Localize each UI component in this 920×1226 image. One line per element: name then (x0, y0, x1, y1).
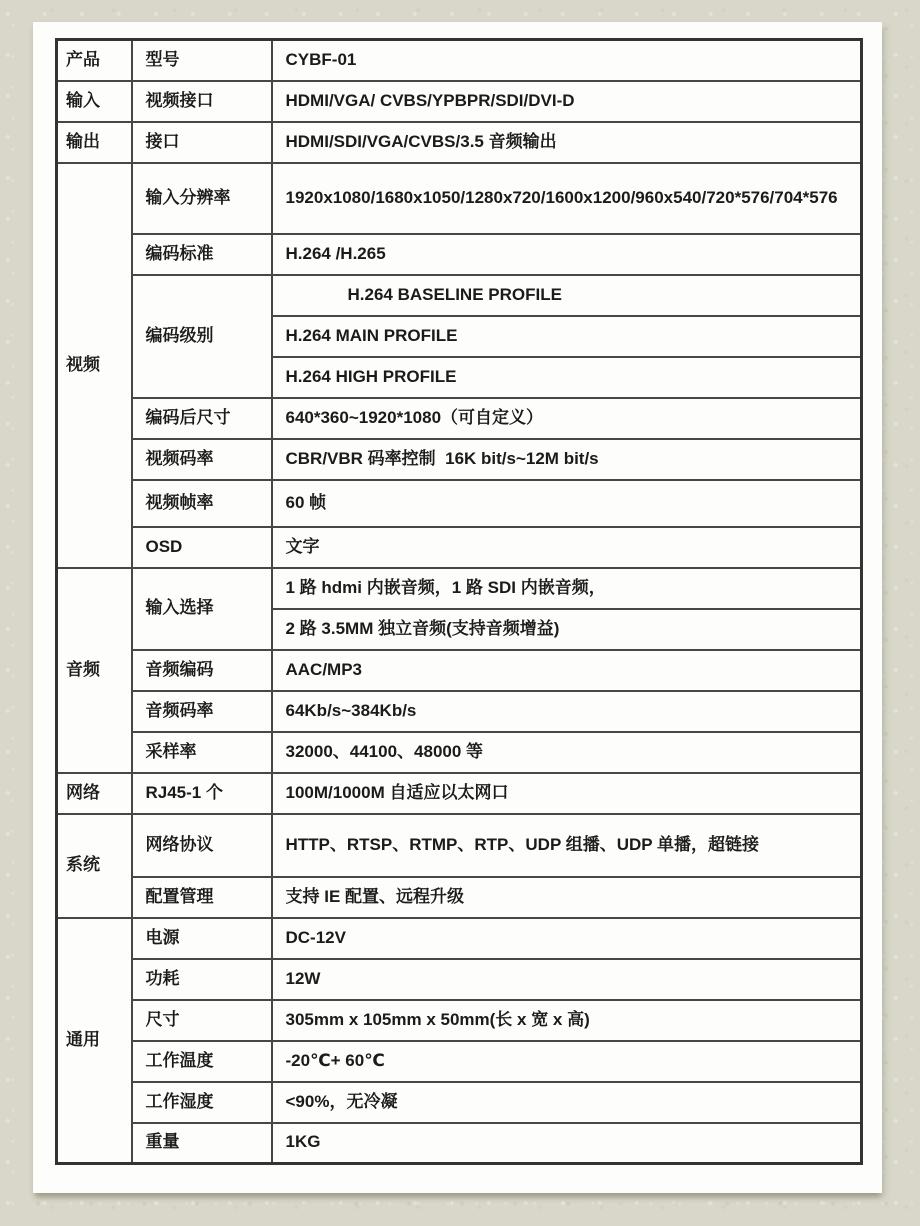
table-row: 编码级别 H.264 BASELINE PROFILE (57, 275, 862, 316)
table-row: 通用 电源 DC-12V (57, 918, 862, 959)
spec-label-video-interface: 视频接口 (132, 81, 272, 122)
spec-value-video-interface: HDMI/VGA/ CVBS/YPBPR/SDI/DVI-D (272, 81, 862, 122)
category-cell-input: 输入 (57, 81, 132, 122)
table-row: OSD 文字 (57, 527, 862, 568)
spec-value-network-protocol: HTTP、RTSP、RTMP、RTP、UDP 组播、UDP 单播，超链接 (272, 814, 862, 877)
category-cell-output: 输出 (57, 122, 132, 163)
table-row: 尺寸 305mm x 105mm x 50mm(长 x 宽 x 高) (57, 1000, 862, 1041)
spec-value-input-select-1: 1 路 hdmi 内嵌音频，1 路 SDI 内嵌音频， (272, 568, 862, 609)
spec-label-input-select: 输入选择 (132, 568, 272, 650)
table-row: 音频码率 64Kb/s~384Kb/s (57, 691, 862, 732)
paper-sheet: 产品 型号 CYBF-01 输入 视频接口 HDMI/VGA/ CVBS/YPB… (33, 22, 882, 1193)
spec-value-working-humidity: <90%，无冷凝 (272, 1082, 862, 1123)
spec-value-power-consumption: 12W (272, 959, 862, 1000)
category-cell-network: 网络 (57, 773, 132, 814)
spec-label-input-resolution: 输入分辨率 (132, 163, 272, 234)
spec-value-working-temperature: -20℃+ 60℃ (272, 1041, 862, 1082)
category-cell-product: 产品 (57, 40, 132, 81)
spec-value-video-framerate: 60 帧 (272, 480, 862, 527)
table-row: 功耗 12W (57, 959, 862, 1000)
table-row: 产品 型号 CYBF-01 (57, 40, 862, 81)
spec-value-encoded-size: 640*360~1920*1080（可自定义） (272, 398, 862, 439)
table-row: 编码后尺寸 640*360~1920*1080（可自定义） (57, 398, 862, 439)
spec-label-osd: OSD (132, 527, 272, 568)
table-row: 工作温度 -20℃+ 60℃ (57, 1041, 862, 1082)
table-row: 系统 网络协议 HTTP、RTSP、RTMP、RTP、UDP 组播、UDP 单播… (57, 814, 862, 877)
spec-value-input-resolution: 1920x1080/1680x1050/1280x720/1600x1200/9… (272, 163, 862, 234)
spec-value-model: CYBF-01 (272, 40, 862, 81)
category-cell-video: 视频 (57, 163, 132, 568)
spec-label-model: 型号 (132, 40, 272, 81)
spec-label-rj45: RJ45-1 个 (132, 773, 272, 814)
spec-label-network-protocol: 网络协议 (132, 814, 272, 877)
spec-value-ethernet-port: 100M/1000M 自适应以太网口 (272, 773, 862, 814)
spec-value-video-bitrate: CBR/VBR 码率控制 16K bit/s~12M bit/s (272, 439, 862, 480)
spec-label-power: 电源 (132, 918, 272, 959)
spec-value-config-management: 支持 IE 配置、远程升级 (272, 877, 862, 918)
spec-value-dimensions: 305mm x 105mm x 50mm(长 x 宽 x 高) (272, 1000, 862, 1041)
spec-value-high-profile: H.264 HIGH PROFILE (272, 357, 862, 398)
spec-table: 产品 型号 CYBF-01 输入 视频接口 HDMI/VGA/ CVBS/YPB… (55, 38, 863, 1165)
spec-value-audio-encoding: AAC/MP3 (272, 650, 862, 691)
spec-value-audio-bitrate: 64Kb/s~384Kb/s (272, 691, 862, 732)
table-row: 采样率 32000、44100、48000 等 (57, 732, 862, 773)
spec-value-baseline-profile: H.264 BASELINE PROFILE (272, 275, 862, 316)
spec-label-working-humidity: 工作湿度 (132, 1082, 272, 1123)
spec-label-working-temperature: 工作温度 (132, 1041, 272, 1082)
spec-label-power-consumption: 功耗 (132, 959, 272, 1000)
spec-label-encoded-size: 编码后尺寸 (132, 398, 272, 439)
spec-label-audio-bitrate: 音频码率 (132, 691, 272, 732)
spec-value-input-select-2: 2 路 3.5MM 独立音频(支持音频增益) (272, 609, 862, 650)
table-row: 网络 RJ45-1 个 100M/1000M 自适应以太网口 (57, 773, 862, 814)
table-row: 视频 输入分辨率 1920x1080/1680x1050/1280x720/16… (57, 163, 862, 234)
spec-value-osd: 文字 (272, 527, 862, 568)
spec-label-audio-encoding: 音频编码 (132, 650, 272, 691)
spec-label-weight: 重量 (132, 1123, 272, 1164)
spec-label-config-management: 配置管理 (132, 877, 272, 918)
table-row: 音频编码 AAC/MP3 (57, 650, 862, 691)
spec-label-dimensions: 尺寸 (132, 1000, 272, 1041)
table-row: 编码标准 H.264 /H.265 (57, 234, 862, 275)
table-row: 视频码率 CBR/VBR 码率控制 16K bit/s~12M bit/s (57, 439, 862, 480)
spec-label-video-bitrate: 视频码率 (132, 439, 272, 480)
table-row: 重量 1KG (57, 1123, 862, 1164)
page-background: 产品 型号 CYBF-01 输入 视频接口 HDMI/VGA/ CVBS/YPB… (0, 0, 920, 1226)
spec-label-sample-rate: 采样率 (132, 732, 272, 773)
category-cell-audio: 音频 (57, 568, 132, 773)
spec-value-weight: 1KG (272, 1123, 862, 1164)
spec-value-main-profile: H.264 MAIN PROFILE (272, 316, 862, 357)
spec-label-interface: 接口 (132, 122, 272, 163)
spec-label-encoding-standard: 编码标准 (132, 234, 272, 275)
table-row: 工作湿度 <90%，无冷凝 (57, 1082, 862, 1123)
spec-value-encoding-standard: H.264 /H.265 (272, 234, 862, 275)
category-cell-general: 通用 (57, 918, 132, 1164)
spec-label-video-framerate: 视频帧率 (132, 480, 272, 527)
table-row: 音频 输入选择 1 路 hdmi 内嵌音频，1 路 SDI 内嵌音频， (57, 568, 862, 609)
category-cell-system: 系统 (57, 814, 132, 918)
spec-label-encoding-profile: 编码级别 (132, 275, 272, 398)
table-row: 输入 视频接口 HDMI/VGA/ CVBS/YPBPR/SDI/DVI-D (57, 81, 862, 122)
spec-value-interface: HDMI/SDI/VGA/CVBS/3.5 音频输出 (272, 122, 862, 163)
spec-value-power: DC-12V (272, 918, 862, 959)
table-row: 输出 接口 HDMI/SDI/VGA/CVBS/3.5 音频输出 (57, 122, 862, 163)
table-row: 视频帧率 60 帧 (57, 480, 862, 527)
spec-value-sample-rate: 32000、44100、48000 等 (272, 732, 862, 773)
table-row: 配置管理 支持 IE 配置、远程升级 (57, 877, 862, 918)
